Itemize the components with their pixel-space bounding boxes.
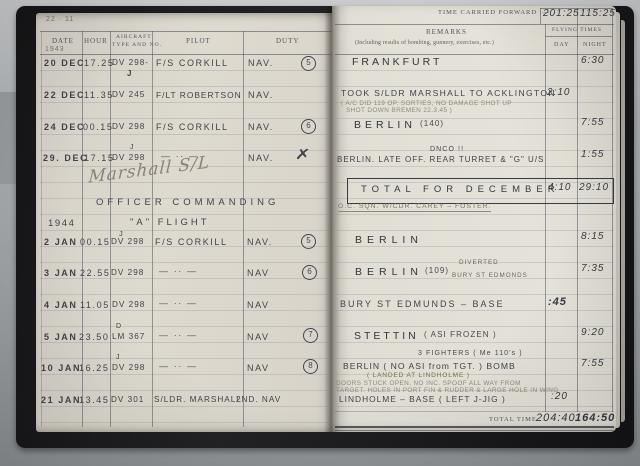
pilot-ditto: — ·· — xyxy=(159,266,198,276)
aircraft-letter: J xyxy=(130,144,135,151)
remarks-note: SHOT DOWN BREMEN 22.3.45 ) xyxy=(346,107,452,114)
col-header-duty: Duty xyxy=(276,37,299,45)
grand-total-night: 164:50 xyxy=(575,412,615,424)
aircraft-cell: LM 367 xyxy=(112,332,145,341)
flight-time-night: 7:35 xyxy=(581,263,604,274)
carried-forward-day: 201:25 xyxy=(543,8,580,19)
carried-forward-label: Time Carried Forward :— xyxy=(438,9,550,16)
hour-cell: 16.25 xyxy=(79,363,110,373)
logbook-scan: 22 · 11 Date 1943 Hour Aircraft Type and… xyxy=(0,0,640,466)
hour-cell: 11.05 xyxy=(80,300,110,310)
aircraft-cell: DV 245 xyxy=(112,90,145,99)
rule-line xyxy=(335,54,614,55)
remarks-note: DOORS STUCK OPEN, NO INC. SPOOF ALL WAY … xyxy=(336,380,521,387)
date-cell: 22 DEC xyxy=(44,90,85,100)
remarks-entry: TOOK S/LDR MARSHALL TO ACKLINGTON xyxy=(341,88,556,98)
col-header-night: Night xyxy=(583,42,607,48)
remarks-note-below: BURY ST EDMONDS xyxy=(452,272,528,279)
flight-time-day: :20 xyxy=(551,391,568,402)
sortie-number: 8 xyxy=(303,359,318,374)
pilot-cell: F/S CORKILL xyxy=(156,122,229,132)
remarks-note: ( A/C DID 119 OP. SORTIES, NO DAMAGE SHO… xyxy=(341,100,512,107)
duty-cell: NAV. xyxy=(248,122,274,132)
aircraft-cell: DV 298- xyxy=(112,58,149,67)
duty-cell: NAV xyxy=(247,332,270,342)
col-header-flying-times: Flying Times xyxy=(552,27,602,33)
date-cell: 4 JAN xyxy=(44,300,78,310)
sortie-number: 7 xyxy=(303,328,318,343)
remarks-entry: BERLIN ( NO ASI from TGT. ) BOMB xyxy=(343,361,516,371)
column-divider xyxy=(612,8,613,412)
flight-time-night: 7:55 xyxy=(581,117,604,128)
total-december-label: TOTAL FOR DECEMBER xyxy=(361,184,560,195)
hour-cell: 17.15 xyxy=(84,153,115,163)
grand-total-day: 204:40 xyxy=(536,412,576,424)
flight-time-night: 1:55 xyxy=(581,149,604,160)
total-december-day: 4:10 xyxy=(548,182,571,193)
remarks-note: TARGET. HOLES IN PORT FIN & RUDDER & LAR… xyxy=(336,387,559,394)
remarks-detail: (109) xyxy=(425,266,449,275)
duty-cell: NAV xyxy=(247,363,270,373)
page-stack-edge xyxy=(616,12,620,428)
aircraft-letter: D xyxy=(116,323,123,330)
column-divider xyxy=(243,31,244,427)
rule-line xyxy=(40,31,332,32)
rule-line xyxy=(335,430,614,431)
column-divider xyxy=(152,31,153,427)
flight-time-day: :45 xyxy=(548,296,567,308)
officer-commanding: OFFICER COMMANDING xyxy=(96,197,279,208)
column-divider xyxy=(577,8,578,412)
date-cell: 24 DEC xyxy=(44,122,85,132)
aircraft-letter: J xyxy=(116,354,121,361)
remarks-note-above: DIVERTED xyxy=(459,259,499,266)
aircraft-letter: J xyxy=(127,69,133,78)
book-binding xyxy=(324,6,340,432)
aircraft-cell: DV 298 xyxy=(111,268,144,277)
date-cell: 21 JAN xyxy=(41,395,81,405)
hour-cell: 00.15 xyxy=(80,237,111,247)
carried-forward-night: 115:25 xyxy=(580,8,616,19)
col-header-remarks-sub: (Including results of bombing, gunnery, … xyxy=(355,40,494,46)
col-header-aircraft-2: Type and No. xyxy=(112,42,162,48)
remarks-entry: STETTIN xyxy=(354,330,419,342)
duty-cell: NAV xyxy=(247,300,270,310)
aircraft-cell: DV 298 xyxy=(112,122,145,131)
col-header-day: Day xyxy=(554,42,569,48)
duty-cell: NAV xyxy=(247,268,270,278)
rule-line xyxy=(545,36,612,37)
remarks-detail: ( ASI FROZEN ) xyxy=(424,330,497,339)
aircraft-cell: DV 298 xyxy=(111,237,144,246)
flight-time-day: 2:10 xyxy=(547,87,570,98)
sortie-number: 6 xyxy=(301,119,316,134)
duty-cell: NAV. xyxy=(248,58,274,68)
duty-cell: NAV. xyxy=(248,90,274,100)
col-header-date: Date xyxy=(52,37,74,45)
date-cell: 10 JAN xyxy=(41,363,81,373)
remarks-entry: BERLIN xyxy=(354,119,416,131)
duty-cell: NAV. xyxy=(247,237,273,247)
pilot-cell: S/LDR. MARSHALL xyxy=(154,395,242,404)
pilot-cell: F/S CORKILL xyxy=(156,58,229,68)
remarks-entry: BERLIN xyxy=(355,234,423,246)
flight-time-night: 9:20 xyxy=(581,327,604,338)
rule-line xyxy=(335,24,614,25)
year-note: 1943 xyxy=(45,46,65,53)
hour-cell: 17.25 xyxy=(84,58,115,68)
date-cell: 20 DEC xyxy=(44,58,85,68)
hour-cell: 23.50 xyxy=(79,332,110,342)
aircraft-cell: DV 298 xyxy=(112,363,145,372)
hour-cell: 00.15 xyxy=(83,122,114,132)
remarks-entry: LINDHOLME – BASE ( LEFT J-JIG ) xyxy=(339,394,506,404)
date-cell: 2 JAN xyxy=(44,237,78,247)
pilot-ditto: — ·· — xyxy=(159,361,198,371)
sortie-number: 6 xyxy=(302,265,317,280)
remarks-entry: BURY ST EDMUNDS – BASE xyxy=(340,299,505,309)
duty-cell: NAV. xyxy=(248,153,274,163)
remarks-note-above: DNCO !! xyxy=(430,146,464,153)
oc-squadron-note: O.C. SQN. W/CDR. CAREY – FOSTER. xyxy=(338,203,491,212)
date-cell: 29. DEC xyxy=(43,153,88,163)
pilot-cell: F/S CORKILL xyxy=(155,237,228,247)
page-corner-note: 22 · 11 xyxy=(46,16,74,23)
flight-time-night: 7:55 xyxy=(581,358,604,369)
date-cell: 5 JAN xyxy=(44,332,78,342)
year-1944: 1944 xyxy=(48,218,76,229)
remarks-detail: (140) xyxy=(420,119,444,128)
date-cell: 3 JAN xyxy=(44,268,78,278)
remarks-entry: FRANKFURT xyxy=(352,56,442,68)
sortie-number: 5 xyxy=(301,234,316,249)
flight-label: "A" FLIGHT xyxy=(130,217,210,228)
col-header-aircraft: Aircraft xyxy=(116,34,152,40)
aircraft-cell: DV 298 xyxy=(112,300,145,309)
aircraft-cell: DV 301 xyxy=(111,395,144,404)
rule-line xyxy=(335,426,614,428)
sortie-number: 5 xyxy=(301,56,316,71)
hour-cell: 11.35 xyxy=(84,90,114,100)
pilot-cell: F/LT ROBERTSON xyxy=(156,90,242,100)
column-divider xyxy=(545,24,546,412)
flight-time-night: 8:15 xyxy=(581,231,604,242)
remarks-entry: BERLIN. LATE OFF. REAR TURRET & "G" U/S xyxy=(337,155,544,164)
total-december-night: 29:10 xyxy=(579,182,609,193)
remarks-inserted-note: ( LANDED AT LINDHOLME ) xyxy=(367,372,470,379)
duty-cell: 2ND. NAV xyxy=(236,395,281,404)
pilot-ditto: — ·· — xyxy=(159,330,198,340)
flight-time-night: 6:30 xyxy=(581,55,604,66)
col-header-hour: Hour xyxy=(84,37,108,45)
pilot-ditto: — ·· — xyxy=(159,298,198,308)
hour-cell: 22.55 xyxy=(80,268,111,278)
page-stack-edge xyxy=(621,20,625,422)
remarks-entry: BERLIN xyxy=(355,266,423,278)
dnco-cross: ✗ xyxy=(295,146,311,163)
remarks-note-above: 3 FIGHTERS ( Me 110's ) xyxy=(418,350,523,357)
hour-cell: 13.45 xyxy=(79,395,110,405)
rule-line xyxy=(40,54,332,55)
col-header-pilot: Pilot xyxy=(186,37,211,45)
col-header-remarks: Remarks xyxy=(426,28,467,36)
